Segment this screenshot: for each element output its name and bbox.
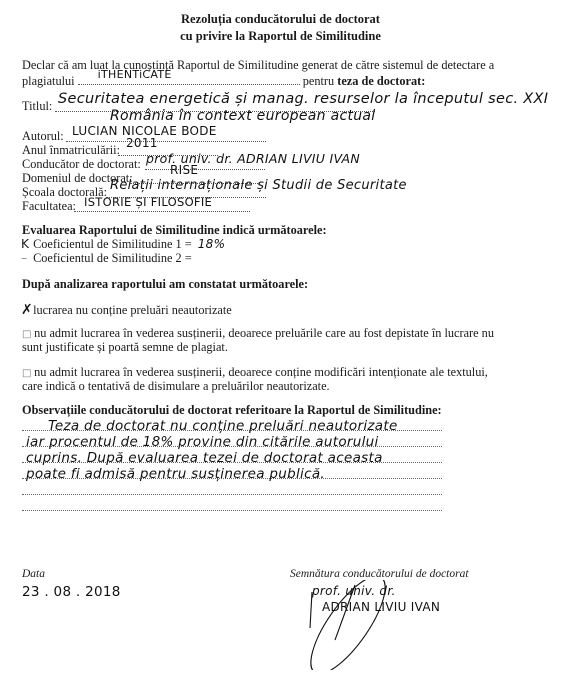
date-value: 23 . 08 . 2018 (22, 584, 121, 600)
coef1-label: Coeficientul de Similitudine 1 = (33, 237, 192, 251)
evaluation-heading: Evaluarea Raportului de Similitudine ind… (22, 223, 327, 238)
observation-text: cuprins. După evaluarea tezei de doctora… (26, 450, 383, 466)
observation-text: Teza de doctorat nu conține preluări nea… (48, 418, 398, 434)
option3-label-line1: nu admit lucrarea în vederea susținerii,… (34, 365, 488, 379)
document-title-line1: Rezoluția conducătorului de doctorat (0, 12, 561, 27)
date-label: Data (22, 568, 45, 580)
signature-label: Semnătura conducătorului de doctorat (290, 568, 469, 580)
domain-value: RISE (170, 163, 198, 177)
declaration-suffix-bold: teza de doctorat: (337, 74, 425, 88)
coef2-checkbox[interactable]: – (21, 251, 30, 265)
option3-checkbox[interactable]: □ (22, 368, 31, 379)
school-value: Relații internaționale și Studii de Secu… (110, 178, 407, 193)
finding-option-1: ✗ lucrarea nu conține preluări neautoriz… (21, 302, 232, 318)
declaration-suffix: pentru (303, 74, 334, 88)
software-value: iTHENTiCATE (98, 68, 172, 81)
supervisor-label: Conducător de doctorat: (22, 157, 141, 172)
option2-checkbox[interactable]: □ (22, 329, 31, 340)
declaration-line2: plagiatului iTHENTiCATE pentru teza de d… (22, 72, 425, 89)
observation-text: poate fi admisă pentru susținerea public… (26, 466, 325, 482)
finding-option-2: □ nu admit lucrarea în vederea susțineri… (22, 326, 494, 341)
observation-text: iar procentul de 18% provine din cităril… (26, 434, 379, 450)
document-title-line2: cu privire la Raportul de Similitudine (0, 29, 561, 44)
signature-line1: prof. univ. dr. (312, 584, 396, 598)
option1-checkbox[interactable]: ✗ (21, 302, 30, 318)
observation-line[interactable] (22, 494, 442, 495)
coef1-checkbox[interactable]: K (21, 237, 30, 251)
observations-heading: Observațiile conducătorului de doctorat … (22, 403, 442, 418)
signature-line2: ADRIAN LIVIU IVAN (322, 600, 440, 614)
option2-label-line2: sunt justificate și poartă semne de plag… (22, 340, 228, 355)
faculty-value: ISTORIE ȘI FILOSOFIE (84, 195, 212, 209)
year-label: Anul înmatriculării: (22, 143, 120, 158)
coef1-value: 18% (198, 237, 226, 251)
observation-line[interactable] (22, 510, 442, 511)
option2-label-line1: nu admit lucrarea în vederea susținerii,… (34, 326, 494, 340)
author-label: Autorul: (22, 129, 64, 144)
declaration-line1: Declar că am luat la cunoștință Raportul… (22, 58, 494, 73)
coef2-label: Coeficientul de Similitudine 2 = (33, 251, 192, 265)
title-value-line1: Securitatea energetică și manag. resurse… (58, 91, 548, 107)
software-field[interactable]: iTHENTiCATE (78, 72, 300, 85)
finding-option-3: □ nu admit lucrarea în vederea susțineri… (22, 365, 488, 380)
declaration-prefix: plagiatului (22, 74, 75, 88)
title-label: Titlul: (22, 99, 52, 114)
option1-label: lucrarea nu conține preluări neautorizat… (33, 303, 232, 317)
title-value-line2: România în context european actual (110, 108, 376, 124)
signature: prof. univ. dr. ADRIAN LIVIU IVAN (300, 580, 500, 670)
faculty-label: Facultatea: (22, 199, 76, 214)
option3-label-line2: care indică o tentativă de disimulare a … (22, 379, 330, 394)
coef2-row: – Coeficientul de Similitudine 2 = (21, 251, 192, 266)
findings-heading: După analizarea raportului am constatat … (22, 277, 308, 292)
coef1-row: K Coeficientul de Similitudine 1 = 18% (21, 237, 225, 252)
year-value: 2011 (126, 136, 158, 150)
